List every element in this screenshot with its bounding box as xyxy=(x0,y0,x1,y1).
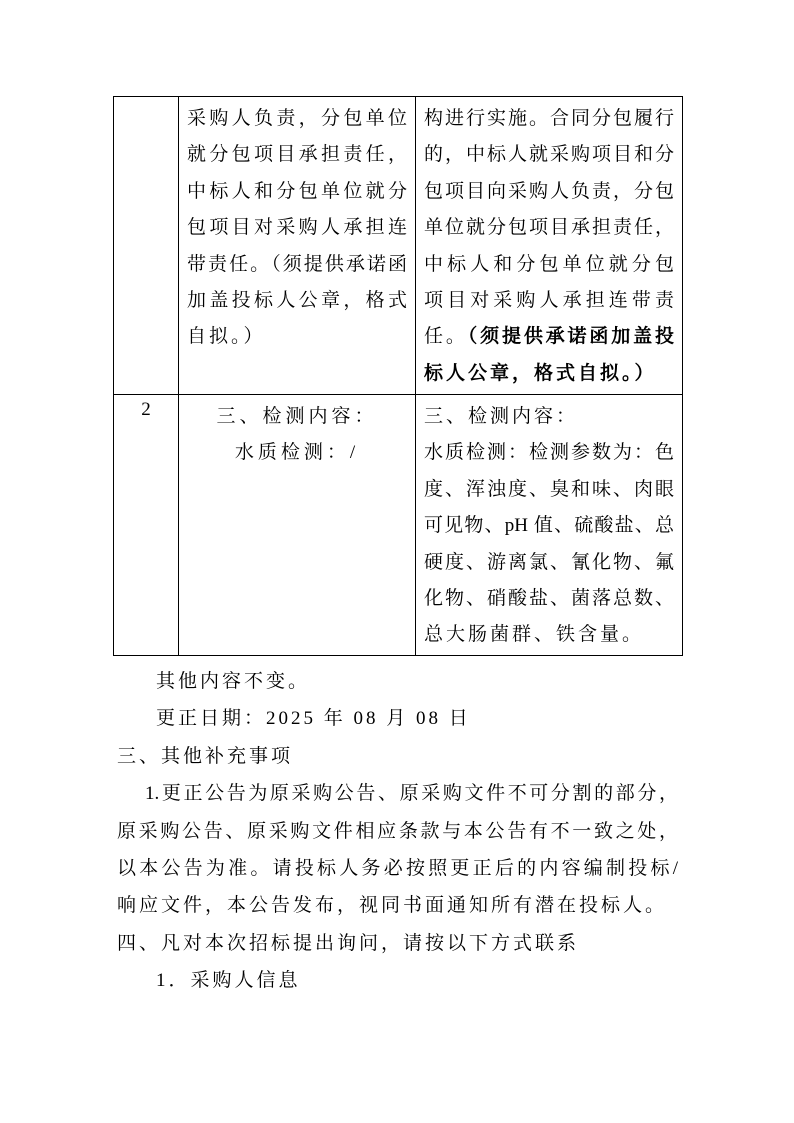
bold-text-run: （须提供承诺函加盖投 xyxy=(468,326,674,347)
cell-change-before: 三、检测内容： 水质检测：/ xyxy=(179,395,416,656)
text-line: 任。（须提供承诺函加盖投 xyxy=(424,319,674,355)
text-line: 自拟。） xyxy=(187,319,407,355)
text-line: 包项目向采购人负责，分包 xyxy=(424,174,674,210)
text-line: 1.更正公告为原采购公告、原采购文件不可分割的部分， xyxy=(117,775,678,812)
text-line: 1．采购人信息 xyxy=(117,962,678,999)
document-page: 采购人负责，分包单位 就分包项目承担责任， 中标人和分包单位就分 包项目对采购人… xyxy=(0,0,794,1123)
text-line: 采购人负责，分包单位 xyxy=(187,101,407,137)
text-line: 水质检测：检测参数为：色 xyxy=(424,435,674,471)
text-line: 化物、硝酸盐、菌落总数、 xyxy=(424,581,674,617)
cell-change-before: 采购人负责，分包单位 就分包项目承担责任， 中标人和分包单位就分 包项目对采购人… xyxy=(179,97,416,395)
text-run: 任。 xyxy=(424,326,468,347)
text-line: 构进行实施。合同分包履行 xyxy=(424,101,674,137)
seq-no-text: 2 xyxy=(141,399,151,420)
text-line: 总大肠菌群、铁含量。 xyxy=(424,617,674,653)
body-text: 其他内容不变。 更正日期：2025 年 08 月 08 日 三、其他补充事项 1… xyxy=(117,663,678,1000)
cell-seq-no xyxy=(114,97,179,395)
table-row: 2 三、检测内容： 水质检测：/ 三、检测内容： 水质检测：检测参数为：色 度、… xyxy=(114,395,683,656)
text-line: 带责任。（须提供承诺函 xyxy=(187,247,407,283)
text-line: 三、检测内容： xyxy=(187,399,407,435)
text-line: 度、浑浊度、臭和味、肉眼 xyxy=(424,472,674,508)
section-heading: 三、其他补充事项 xyxy=(117,738,678,775)
cell-seq-no: 2 xyxy=(114,395,179,656)
section-heading: 四、凡对本次招标提出询问，请按以下方式联系 xyxy=(117,925,678,962)
text-line: 包项目对采购人承担连 xyxy=(187,210,407,246)
text-line: 标人公章，格式自拟。） xyxy=(424,356,674,392)
text-line: 可见物、pH 值、硫酸盐、总 xyxy=(424,508,674,544)
text-line: 中标人和分包单位就分 xyxy=(187,174,407,210)
text-line: 项目对采购人承担连带责 xyxy=(424,283,674,319)
text-line: 的，中标人就采购项目和分 xyxy=(424,137,674,173)
correction-date-line: 更正日期：2025 年 08 月 08 日 xyxy=(117,700,678,737)
text-line: 三、检测内容： xyxy=(424,399,674,435)
text-line: 响应文件，本公告发布，视同书面通知所有潜在投标人。 xyxy=(117,887,678,924)
cell-change-after: 构进行实施。合同分包履行 的，中标人就采购项目和分 包项目向采购人负责，分包 单… xyxy=(416,97,683,395)
text-line: 就分包项目承担责任， xyxy=(187,137,407,173)
text-line: 其他内容不变。 xyxy=(117,663,678,700)
cell-change-after: 三、检测内容： 水质检测：检测参数为：色 度、浑浊度、臭和味、肉眼 可见物、pH… xyxy=(416,395,683,656)
table-row: 采购人负责，分包单位 就分包项目承担责任， 中标人和分包单位就分 包项目对采购人… xyxy=(114,97,683,395)
text-line: 单位就分包项目承担责任， xyxy=(424,210,674,246)
text-line: 加盖投标人公章，格式 xyxy=(187,283,407,319)
text-line: 以本公告为准。请投标人务必按照更正后的内容编制投标/ xyxy=(117,850,678,887)
text-line: 原采购公告、原采购文件相应条款与本公告有不一致之处， xyxy=(117,813,678,850)
text-line: 水质检测：/ xyxy=(187,435,407,471)
correction-table: 采购人负责，分包单位 就分包项目承担责任， 中标人和分包单位就分 包项目对采购人… xyxy=(113,96,683,656)
text-line: 中标人和分包单位就分包 xyxy=(424,247,674,283)
text-line: 硬度、游离氯、氰化物、氟 xyxy=(424,545,674,581)
